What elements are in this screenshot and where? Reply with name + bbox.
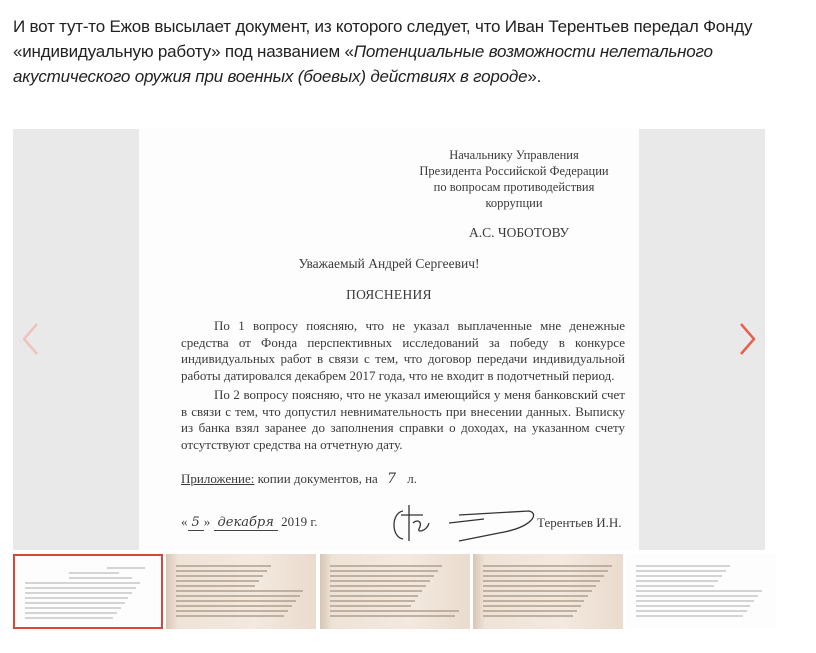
document-addressee-name: А.С. ЧОБОТОВУ [469, 225, 569, 241]
thumbnail-text-line [69, 572, 119, 574]
signature-icon [389, 501, 539, 546]
thumbnail-2[interactable] [166, 554, 316, 629]
gallery-stage: Начальнику Управления Президента Российс… [13, 129, 765, 550]
document-paragraph-2: По 2 вопросу поясняю, что не указал имею… [181, 387, 625, 453]
thumbnail-text-line [330, 565, 442, 567]
appendix-text: копии документов, на [258, 471, 378, 486]
chevron-left-icon [19, 319, 43, 359]
thumbnail-text-line [176, 615, 284, 617]
thumbnail-text-line [176, 590, 303, 592]
thumbnail-5[interactable] [626, 554, 776, 629]
thumbnail-text-line [176, 600, 296, 602]
thumbnail-text-line [69, 577, 132, 579]
thumbnail-text-line [483, 570, 608, 572]
thumbnail-text-line [330, 580, 430, 582]
thumbnail-text-line [176, 565, 271, 567]
thumbnail-text-line [25, 607, 121, 609]
thumbnail-text-line [330, 615, 455, 617]
thumbnail-text-line [107, 567, 145, 569]
date-month-handwritten: декабря [214, 515, 278, 531]
thumbnail-text-line [330, 575, 434, 577]
thumbnail-text-line [636, 580, 718, 582]
thumbnail-text-line [330, 585, 426, 587]
thumbnail-text-line [483, 605, 581, 607]
thumbnail-text-line [176, 580, 259, 582]
article-paragraph: И вот тут-то Ежов высылает документ, из … [13, 14, 783, 89]
thumbnail-1[interactable] [13, 554, 163, 629]
thumbnail-text-line [176, 610, 288, 612]
thumbnail-text-line [483, 600, 584, 602]
thumbnail-text-line [330, 590, 422, 592]
document-paragraph-1: По 1 вопросу поясняю, что не указал выпл… [181, 318, 625, 384]
thumbnail-preview [176, 562, 306, 625]
appendix-label: Приложение: [181, 471, 254, 486]
date-quote-close: » [204, 514, 211, 529]
thumbnail-preview [330, 562, 460, 625]
addressee-line: Президента Российской Федерации [409, 163, 619, 179]
article-text-end: ». [527, 67, 541, 86]
thumbnail-text-line [636, 610, 747, 612]
thumbnail-text-line [176, 570, 267, 572]
gallery-prev-button[interactable] [19, 319, 43, 359]
thumbnail-text-line [636, 600, 754, 602]
date-year: 2019 г. [281, 514, 317, 529]
thumbnail-text-line [330, 600, 415, 602]
thumbnail-text-line [25, 602, 125, 604]
thumbnail-text-line [330, 595, 418, 597]
chevron-right-icon [735, 319, 759, 359]
thumbnail-text-line [483, 585, 596, 587]
thumbnail-text-line [330, 610, 459, 612]
document-title: ПОЯСНЕНИЯ [139, 287, 639, 303]
thumbnail-preview [636, 562, 766, 625]
thumbnail-text-line [483, 565, 612, 567]
thumbnail-text-line [25, 612, 117, 614]
gallery-current-slide[interactable]: Начальнику Управления Президента Российс… [139, 129, 639, 550]
gallery-thumbnail-strip [13, 554, 816, 629]
date-day-handwritten: 5 [188, 515, 204, 531]
thumbnail-preview [25, 564, 151, 623]
document-signer: Терентьев И.Н. [537, 515, 622, 531]
thumbnail-text-line [330, 570, 438, 572]
thumbnail-text-line [176, 595, 300, 597]
thumbnail-text-line [330, 605, 411, 607]
document-date: «5» декабря 2019 г. [181, 514, 317, 530]
thumbnail-text-line [176, 575, 263, 577]
thumbnail-text-line [483, 580, 600, 582]
addressee-line: Начальнику Управления [409, 147, 619, 163]
thumbnail-text-line [636, 585, 714, 587]
thumbnail-preview [483, 562, 613, 625]
date-quote-open: « [181, 514, 188, 529]
gallery-next-button[interactable] [735, 319, 759, 359]
thumbnail-text-line [483, 615, 573, 617]
document-salutation: Уважаемый Андрей Сергеевич! [139, 256, 639, 272]
thumbnail-text-line [636, 570, 726, 572]
thumbnail-text-line [25, 617, 113, 619]
image-gallery: Начальнику Управления Президента Российс… [13, 129, 765, 629]
thumbnail-text-line [483, 610, 577, 612]
thumbnail-text-line [636, 595, 758, 597]
addressee-line: по вопросам противодействия [409, 179, 619, 195]
thumbnail-text-line [483, 575, 604, 577]
addressee-line: коррупции [409, 195, 619, 211]
thumbnail-text-line [636, 615, 743, 617]
thumbnail-text-line [25, 582, 140, 584]
appendix-count-handwritten: 7 [387, 471, 396, 487]
thumbnail-text-line [25, 592, 132, 594]
thumbnail-text-line [176, 585, 255, 587]
thumbnail-text-line [636, 605, 750, 607]
thumbnail-text-line [636, 565, 730, 567]
thumbnail-text-line [636, 575, 722, 577]
appendix-unit: л. [407, 471, 417, 486]
thumbnail-text-line [636, 590, 762, 592]
document-addressee-block: Начальнику Управления Президента Российс… [409, 147, 619, 211]
thumbnail-text-line [176, 605, 292, 607]
thumbnail-4[interactable] [473, 554, 623, 629]
thumbnail-text-line [483, 595, 588, 597]
thumbnail-3[interactable] [320, 554, 470, 629]
thumbnail-text-line [483, 590, 592, 592]
document-appendix: Приложение: копии документов, на 7 л. [181, 471, 417, 487]
thumbnail-text-line [25, 597, 128, 599]
thumbnail-text-line [25, 587, 136, 589]
